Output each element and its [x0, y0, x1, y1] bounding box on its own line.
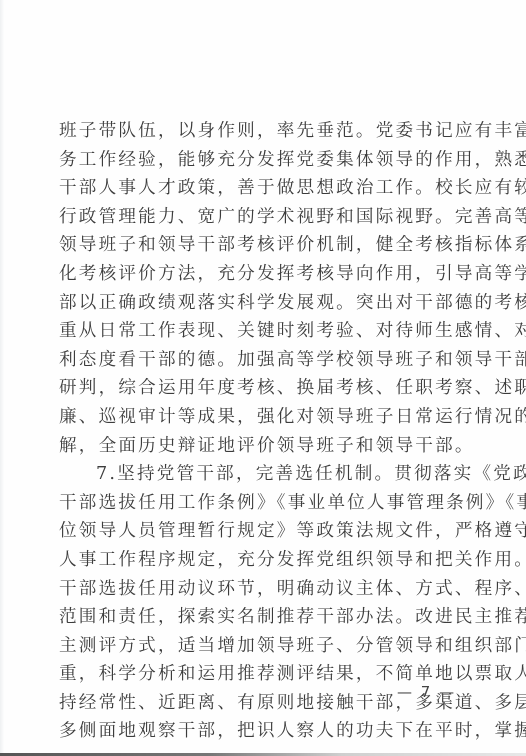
text-line: 研判，综合运用年度考核、换届考核、任职考察、述职述 — [59, 374, 459, 403]
text-line: 领导班子和领导干部考核评价机制，健全考核指标体系，优 — [59, 231, 459, 260]
text-line: 利态度看干部的德。加强高等学校领导班子和领导干部综合 — [59, 346, 459, 375]
text-line: 化考核评价方法，充分发挥考核导向作用，引导高等学校干 — [59, 260, 459, 289]
document-page: 班子带队伍，以身作则，率先垂范。党委书记应有丰富的党 务工作经验，能够充分发挥党… — [0, 0, 526, 756]
text-line: 廉、巡视审计等成果，强化对领导班子日常运行情况的了 — [59, 403, 459, 432]
text-line: 主测评方式，适当增加领导班子、分管领导和组织部门权 — [59, 632, 459, 661]
text-line: 务工作经验，能够充分发挥党委集体领导的作用，熟悉党的 — [59, 146, 459, 175]
text-line: 干部选拔任用工作条例》《事业单位人事管理条例》《事业单 — [59, 489, 459, 518]
text-line: 班子带队伍，以身作则，率先垂范。党委书记应有丰富的党 — [59, 117, 459, 146]
text-line: 位领导人员管理暂行规定》等政策法规文件，严格遵守干部 — [59, 517, 459, 546]
text-line: 行政管理能力、宽广的学术视野和国际视野。完善高等学校 — [59, 203, 459, 232]
text-line: 干部人事人才政策，善于做思想政治工作。校长应有较强的 — [59, 174, 459, 203]
section-heading-line: 7.坚持党管干部，完善选任机制。贯彻落实《党政领导 — [59, 460, 459, 489]
page-number: — 7 — — [397, 683, 456, 701]
text-line: 多侧面地观察干部，把识人察人的功夫下在平时，掌握干部 — [59, 717, 459, 746]
text-line: 范围和责任，探索实名制推荐干部办法。改进民主推荐、民 — [59, 603, 459, 632]
text-line: 重从日常工作表现、关键时刻考验、对待师生感情、对待名 — [59, 317, 459, 346]
text-line: 人事工作程序规定，充分发挥党组织领导和把关作用。规范 — [59, 546, 459, 575]
scan-left-edge — [0, 0, 4, 756]
body-text: 班子带队伍，以身作则，率先垂范。党委书记应有丰富的党 务工作经验，能够充分发挥党… — [59, 117, 459, 746]
text-line: 部以正确政绩观落实科学发展观。突出对干部德的考核，注 — [59, 289, 459, 318]
text-line: 干部选拔任用动议环节，明确动议主体、方式、程序、酝酿 — [59, 575, 459, 604]
text-line: 解，全面历史辩证地评价领导班子和领导干部。 — [59, 432, 459, 461]
